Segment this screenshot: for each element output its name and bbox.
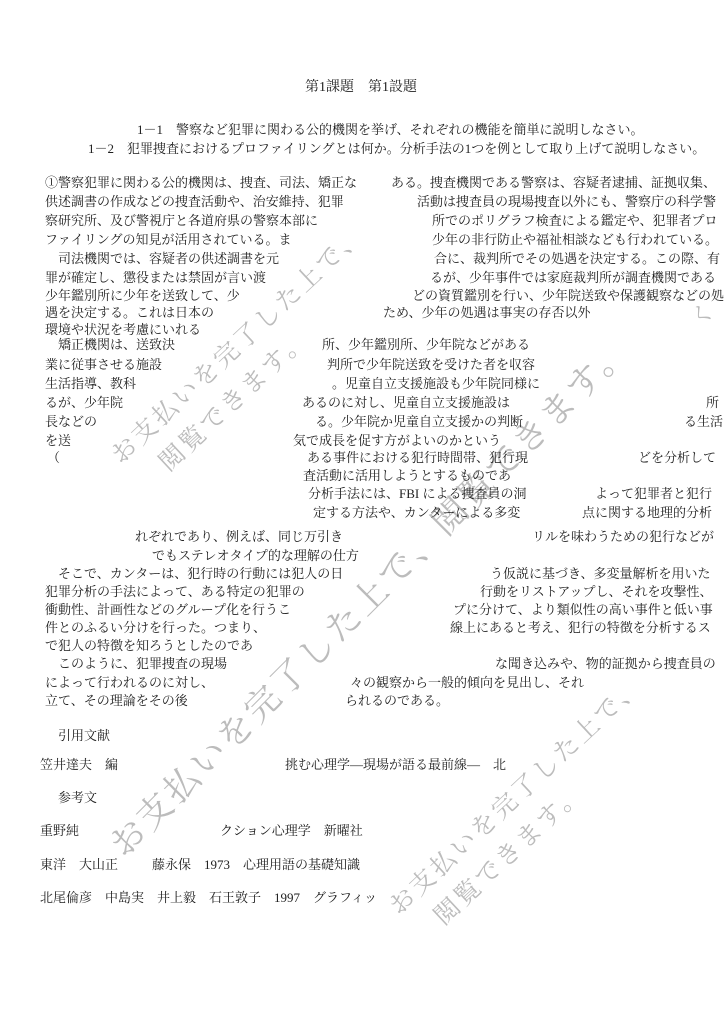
text-segment: 笠井達夫 編	[40, 757, 118, 773]
text-segment: 点に関する地理的分析	[582, 505, 712, 521]
text-segment: れぞれであり、例えば、同じ万引き	[135, 529, 343, 545]
text-segment: られるのである。	[345, 693, 449, 709]
text-segment: プに分けて、より類似性の高い事件と低い事	[453, 602, 713, 618]
text-segment: 。児童自立支援施設も少年院同様に	[332, 376, 540, 392]
text-segment: 定する方法や、カンターによる多変	[313, 505, 520, 521]
text-segment: 所、少年鑑別所、少年院などがある	[322, 337, 530, 353]
text-segment: 犯罪分析の手法によって、ある特定の犯罪の	[45, 584, 305, 600]
text-segment: リルを味わうための犯行などが	[532, 529, 714, 545]
text-segment: 判所で少年院送致を受けた者を収容	[327, 357, 535, 373]
text-segment: 供述調書の作成などの捜査活動や、治安維持、犯罪	[45, 194, 344, 210]
text-segment: でもステレオタイプ的な理解の仕方	[152, 548, 359, 564]
text-segment: 少年鑑別所に少年を送致して、少	[45, 288, 240, 304]
text-segment: あるのに対し、児童自立支援施設は	[302, 395, 510, 411]
text-segment: 線上にあると考え、犯行の特徴を分析するス	[450, 620, 711, 636]
page-title: 第1課題 第1設題	[305, 80, 417, 97]
text-segment: よって犯罪者と犯行	[595, 486, 712, 502]
text-segment: ため、少年の処遇は事実の存否以外	[383, 305, 590, 321]
text-segment: 藤永保 1973 心理用語の基礎知識	[152, 857, 360, 873]
text-segment: る生活	[684, 414, 723, 430]
document-page: お支払いを完了した上で、閲覧できます。お支払いを完了した上で、閲覧できます。お支…	[0, 0, 724, 1024]
text-segment: を送	[45, 433, 71, 449]
text-segment: どを分析して	[638, 450, 716, 466]
text-segment: 1－1 警察など犯罪に関わる公的機関を挙げ、それぞれの機能を簡単に説明しなさい。	[137, 122, 643, 138]
text-segment: 重野純	[40, 823, 79, 839]
text-segment: る。少年院か児童自立支援かの判断	[315, 414, 523, 430]
text-segment: う仮説に基づき、多変量解析を用いた	[490, 566, 710, 582]
text-segment: ある事件における犯行時間帯、犯行現	[307, 450, 528, 466]
text-segment: 行動をリストアップし、それを攻撃性、	[480, 584, 712, 600]
text-segment: 司法機関では、容疑者の供述調書を元	[45, 251, 279, 267]
text-segment: 1－2 犯罪捜査におけるプロファイリングとは何か。分析手法の1つを例として取り上…	[88, 141, 705, 157]
text-segment: 東洋 大山正	[40, 857, 118, 873]
text-segment: 査活動に活用しようとするものであ	[303, 468, 511, 484]
text-segment: このように、犯罪捜査の現場	[45, 656, 227, 672]
text-segment: るが、少年事件では家庭裁判所が調査機関である	[430, 270, 716, 286]
text-segment: で犯人の特徴を知ろうとしたのであ	[45, 638, 253, 654]
text-segment: 環境や状況を考慮にいれる	[45, 322, 201, 338]
text-segment: 々の観察から一般的傾向を見出し、それ	[350, 675, 584, 691]
text-segment: ファイリングの知見が活用されている。ま	[45, 232, 291, 248]
text-segment: ①警察犯罪に関わる公的機関は、捜査、司法、矯正な	[45, 175, 357, 191]
text-segment: 業に従事させる施設	[45, 357, 162, 373]
text-segment: 挑む心理学―現場が語る最前線― 北	[285, 757, 506, 773]
text-segment: （	[47, 450, 60, 466]
text-segment: な聞き込みや、物的証拠から捜査員の	[495, 656, 716, 672]
text-segment: 生活指導、教科	[45, 376, 136, 392]
text-segment: 衝動性、計画性などのグループ化を行うこ	[45, 602, 291, 618]
text-segment: そこで、カンターは、犯行時の行動には犯人の日	[45, 566, 343, 582]
text-segment: 参考文	[58, 790, 97, 806]
text-segment: 北尾倫彦 中島実 井上毅 石王敦子 1997 グラフィッ	[40, 890, 377, 906]
text-segment: 気で成長を促す方がよいのかという	[293, 433, 501, 449]
text-segment: 罪が確定し、懲役または禁固が言い渡	[45, 270, 266, 286]
text-segment: 矯正機関は、送致決	[45, 337, 175, 353]
text-layer: 第1課題 第1設題1－1 警察など犯罪に関わる公的機関を挙げ、それぞれの機能を簡…	[0, 0, 724, 1024]
text-segment: 所でのポリグラフ検査による鑑定や、犯罪者プロ	[432, 213, 717, 229]
text-segment: によって行われるのに対し、	[45, 675, 214, 691]
text-segment: 少年の非行防止や福祉相談なども行われている。	[432, 232, 718, 248]
text-segment: 立て、その理論をその後	[45, 693, 188, 709]
text-segment: 活動は捜査員の現場捜査以外にも、警察庁の科学警	[417, 194, 716, 210]
text-segment: 長などの	[45, 414, 97, 430]
text-segment: ある。捜査機関である警察は、容疑者逮捕、証拠収集、	[391, 175, 716, 191]
text-segment: 察研究所、及び警視庁と各道府県の警察本部に	[45, 213, 318, 229]
text-segment: クション心理学 新曜社	[220, 823, 363, 839]
text-segment: 件とのふるい分けを行った。つまり、	[45, 620, 266, 636]
text-segment: どの資質鑑別を行い、少年院送致や保護観察などの処	[412, 288, 724, 304]
text-segment: 引用文献	[58, 728, 110, 744]
text-segment: 所	[706, 395, 719, 411]
text-segment: 分析手法には、FBI による捜査員の洞	[308, 486, 526, 502]
text-segment: 遇を決定する。これは日本の	[45, 305, 214, 321]
text-segment: 合に、裁判所でその処遇を決定する。この際、有	[434, 251, 720, 267]
text-segment: るが、少年院	[45, 395, 123, 411]
